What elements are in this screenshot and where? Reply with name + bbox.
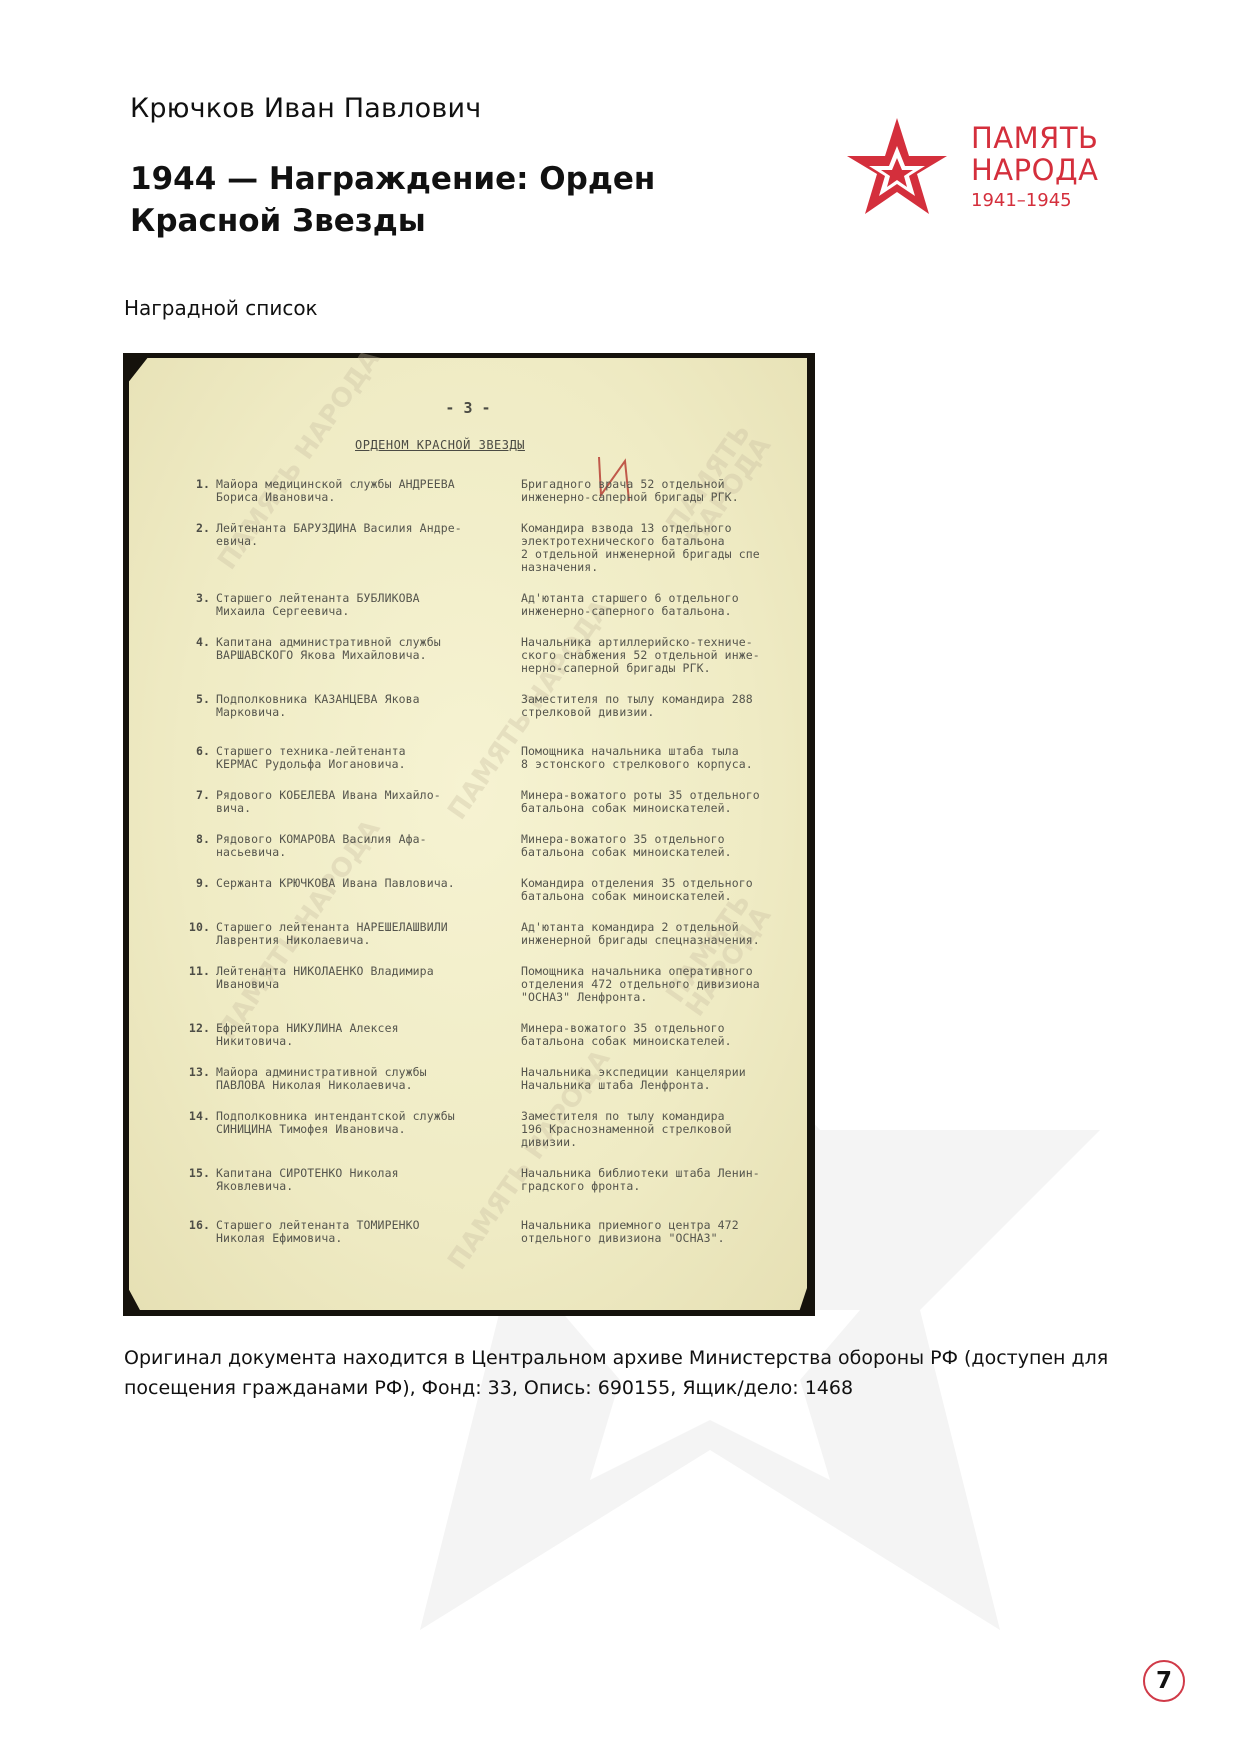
entry-name: Подполковника интендантской службы СИНИЦ… xyxy=(216,1110,521,1149)
entry-name: Капитана административной службы ВАРШАВС… xyxy=(216,636,521,675)
entry-name: Лейтенанта БАРУЗДИНА Василия Андре- евич… xyxy=(216,522,521,574)
entry-number: 10. xyxy=(187,921,216,947)
page-number-badge: 7 xyxy=(1143,1660,1185,1702)
entry-position: Ад'ютанта старшего 6 отдельного инженерн… xyxy=(521,592,806,618)
entry-number: 6. xyxy=(187,745,216,771)
entry-position: Помощника начальника штаба тыла 8 эстонс… xyxy=(521,745,806,771)
entry-position: Бригадного врача 52 отдельной инженерно-… xyxy=(521,478,806,504)
entry-name: Майора медицинской службы АНДРЕЕВА Борис… xyxy=(216,478,521,504)
entry-position: Минера-вожатого 35 отдельного батальона … xyxy=(521,1022,806,1048)
award-entry: 11.Лейтенанта НИКОЛАЕНКО Владимира Ивано… xyxy=(187,965,807,1004)
entry-position: Начальника библиотеки штаба Ленин- градс… xyxy=(521,1167,806,1193)
entry-number: 3. xyxy=(187,592,216,618)
award-entry: 10.Старшего лейтенанта НАРЕШЕЛАШВИЛИ Лав… xyxy=(187,921,807,947)
award-entry: 16.Старшего лейтенанта ТОМИРЕНКО Николая… xyxy=(187,1219,807,1245)
document-scan-image[interactable]: ПАМЯТЬ НАРОДА ПАМЯТЬ НАРОДА ПАМЯТЬ НАРОД… xyxy=(123,353,815,1316)
entry-number: 1. xyxy=(187,478,216,504)
entry-name: Майора административной службы ПАВЛОВА Н… xyxy=(216,1066,521,1092)
entry-position: Начальника артиллерийско-техниче- ского … xyxy=(521,636,806,675)
red-star-icon xyxy=(845,116,949,216)
award-entry: 15.Капитана СИРОТЕНКО Николая Яковлевича… xyxy=(187,1167,807,1193)
entry-name: Старшего лейтенанта НАРЕШЕЛАШВИЛИ Лаврен… xyxy=(216,921,521,947)
entry-number: 16. xyxy=(187,1219,216,1245)
entry-position: Ад'ютанта командира 2 отдельной инженерн… xyxy=(521,921,806,947)
logo-text: ПАМЯТЬ НАРОДА 1941–1945 xyxy=(971,122,1098,214)
entry-name: Старшего лейтенанта ТОМИРЕНКО Николая Еф… xyxy=(216,1219,521,1245)
entry-name: Подполковника КАЗАНЦЕВА Якова Марковича. xyxy=(216,693,521,719)
award-entry: 2.Лейтенанта БАРУЗДИНА Василия Андре- ев… xyxy=(187,522,807,574)
entry-number: 14. xyxy=(187,1110,216,1149)
entry-number: 2. xyxy=(187,522,216,574)
award-entry: 9.Сержанта КРЮЧКОВА Ивана Павловича.Кома… xyxy=(187,877,807,903)
award-entries-list: 1.Майора медицинской службы АНДРЕЕВА Бор… xyxy=(187,478,807,1245)
award-title: 1944 — Награждение: Орден Красной Звезды xyxy=(130,158,730,242)
entry-number: 4. xyxy=(187,636,216,675)
award-entry: 4.Капитана административной службы ВАРША… xyxy=(187,636,807,675)
scan-heading: ОРДЕНОМ КРАСНОЙ ЗВЕЗДЫ xyxy=(355,438,525,452)
entry-number: 12. xyxy=(187,1022,216,1048)
award-entry: 3.Старшего лейтенанта БУБЛИКОВА Михаила … xyxy=(187,592,807,618)
entry-name: Старшего техника-лейтенанта КЕРМАС Рудол… xyxy=(216,745,521,771)
entry-name: Старшего лейтенанта БУБЛИКОВА Михаила Се… xyxy=(216,592,521,618)
award-entry: 14.Подполковника интендантской службы СИ… xyxy=(187,1110,807,1149)
entry-name: Рядового КОБЕЛЕВА Ивана Михайло- вича. xyxy=(216,789,521,815)
logo-line-1: ПАМЯТЬ xyxy=(971,122,1098,154)
logo-line-2: НАРОДА xyxy=(971,154,1098,186)
entry-position: Минера-вожатого роты 35 отдельного батал… xyxy=(521,789,806,815)
award-entry: 6.Старшего техника-лейтенанта КЕРМАС Руд… xyxy=(187,745,807,771)
entry-number: 8. xyxy=(187,833,216,859)
folded-corner xyxy=(799,1282,809,1312)
entry-name: Капитана СИРОТЕНКО Николая Яковлевича. xyxy=(216,1167,521,1193)
entry-name: Рядового КОМАРОВА Василия Афа- насьевича… xyxy=(216,833,521,859)
award-entry: 13.Майора административной службы ПАВЛОВ… xyxy=(187,1066,807,1092)
entry-position: Помощника начальника оперативного отделе… xyxy=(521,965,806,1004)
entry-position: Заместителя по тылу командира 288 стрелк… xyxy=(521,693,806,719)
logo-years: 1941–1945 xyxy=(971,188,1098,214)
entry-position: Начальника экспедиции канцелярии Начальн… xyxy=(521,1066,806,1092)
folded-corner xyxy=(127,1286,141,1312)
folded-corner xyxy=(127,356,149,384)
entry-name: Ефрейтора НИКУЛИНА Алексея Никитовича. xyxy=(216,1022,521,1048)
award-entry: 5.Подполковника КАЗАНЦЕВА Якова Маркович… xyxy=(187,693,807,719)
entry-number: 7. xyxy=(187,789,216,815)
entry-position: Заместителя по тылу командира 196 Красно… xyxy=(521,1110,806,1149)
award-entry: 8.Рядового КОМАРОВА Василия Афа- насьеви… xyxy=(187,833,807,859)
entry-name: Сержанта КРЮЧКОВА Ивана Павловича. xyxy=(216,877,521,903)
archive-caption: Оригинал документа находится в Центральн… xyxy=(124,1343,1124,1403)
entry-position: Минера-вожатого 35 отдельного батальона … xyxy=(521,833,806,859)
entry-number: 13. xyxy=(187,1066,216,1092)
scanned-paper: ПАМЯТЬ НАРОДА ПАМЯТЬ НАРОДА ПАМЯТЬ НАРОД… xyxy=(129,358,807,1310)
scan-page-number: - 3 - xyxy=(129,399,807,417)
award-entry: 1.Майора медицинской службы АНДРЕЕВА Бор… xyxy=(187,478,807,504)
entry-position: Начальника приемного центра 472 отдельно… xyxy=(521,1219,806,1245)
entry-number: 15. xyxy=(187,1167,216,1193)
entry-number: 5. xyxy=(187,693,216,719)
award-entry: 12.Ефрейтора НИКУЛИНА Алексея Никитовича… xyxy=(187,1022,807,1048)
pamyat-naroda-logo[interactable]: ПАМЯТЬ НАРОДА 1941–1945 xyxy=(845,112,1125,222)
entry-number: 11. xyxy=(187,965,216,1004)
entry-position: Командира взвода 13 отдельного электроте… xyxy=(521,522,806,574)
document-label: Наградной список xyxy=(124,296,318,320)
entry-position: Командира отделения 35 отдельного баталь… xyxy=(521,877,806,903)
entry-name: Лейтенанта НИКОЛАЕНКО Владимира Иванович… xyxy=(216,965,521,1004)
award-entry: 7.Рядового КОБЕЛЕВА Ивана Михайло- вича.… xyxy=(187,789,807,815)
entry-number: 9. xyxy=(187,877,216,903)
person-name: Крючков Иван Павлович xyxy=(130,93,481,124)
